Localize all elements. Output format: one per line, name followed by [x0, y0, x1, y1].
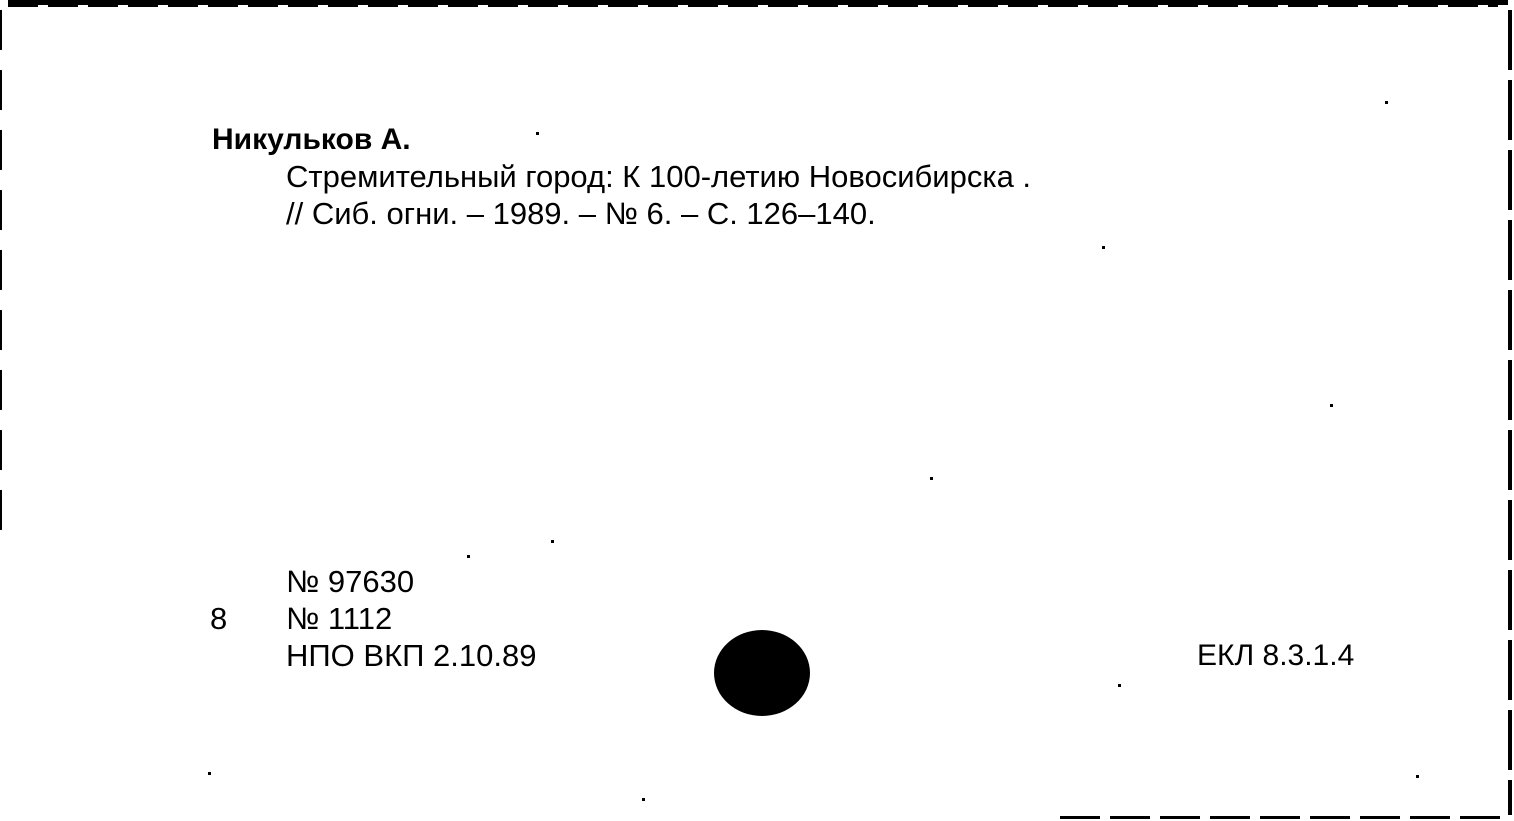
- record-number: № 1112: [286, 601, 392, 637]
- organization-date: НПО ВКП 2.10.89: [286, 638, 536, 674]
- source-citation: // Сиб. огни. – 1989. – № 6. – С. 126–14…: [286, 196, 876, 232]
- card-edge-top-noise: [8, 5, 1498, 7]
- shelf-mark: 8: [210, 601, 227, 637]
- scan-speck: [208, 772, 211, 775]
- card-edge-left: [0, 10, 2, 530]
- scan-speck: [642, 798, 645, 801]
- inventory-number: № 97630: [286, 564, 414, 600]
- author-name: Никульков А.: [212, 122, 411, 158]
- scan-speck: [1416, 775, 1419, 778]
- classification-code: ЕКЛ 8.3.1.4: [1197, 638, 1354, 674]
- card-edge-bottom: [1060, 816, 1500, 819]
- scan-speck: [1118, 684, 1121, 687]
- scan-speck: [536, 132, 539, 135]
- scan-speck: [1385, 101, 1388, 104]
- work-title: Стремительный город: К 100-летию Новосиб…: [286, 159, 1031, 195]
- scan-speck: [551, 540, 554, 543]
- scan-speck: [1102, 246, 1105, 249]
- scan-speck: [467, 555, 470, 558]
- scan-speck: [930, 477, 933, 480]
- scan-speck: [1330, 404, 1333, 407]
- catalog-card: Никульков А. Стремительный город: К 100-…: [0, 0, 1514, 821]
- punch-hole: [714, 630, 810, 716]
- card-edge-right: [1508, 10, 1512, 815]
